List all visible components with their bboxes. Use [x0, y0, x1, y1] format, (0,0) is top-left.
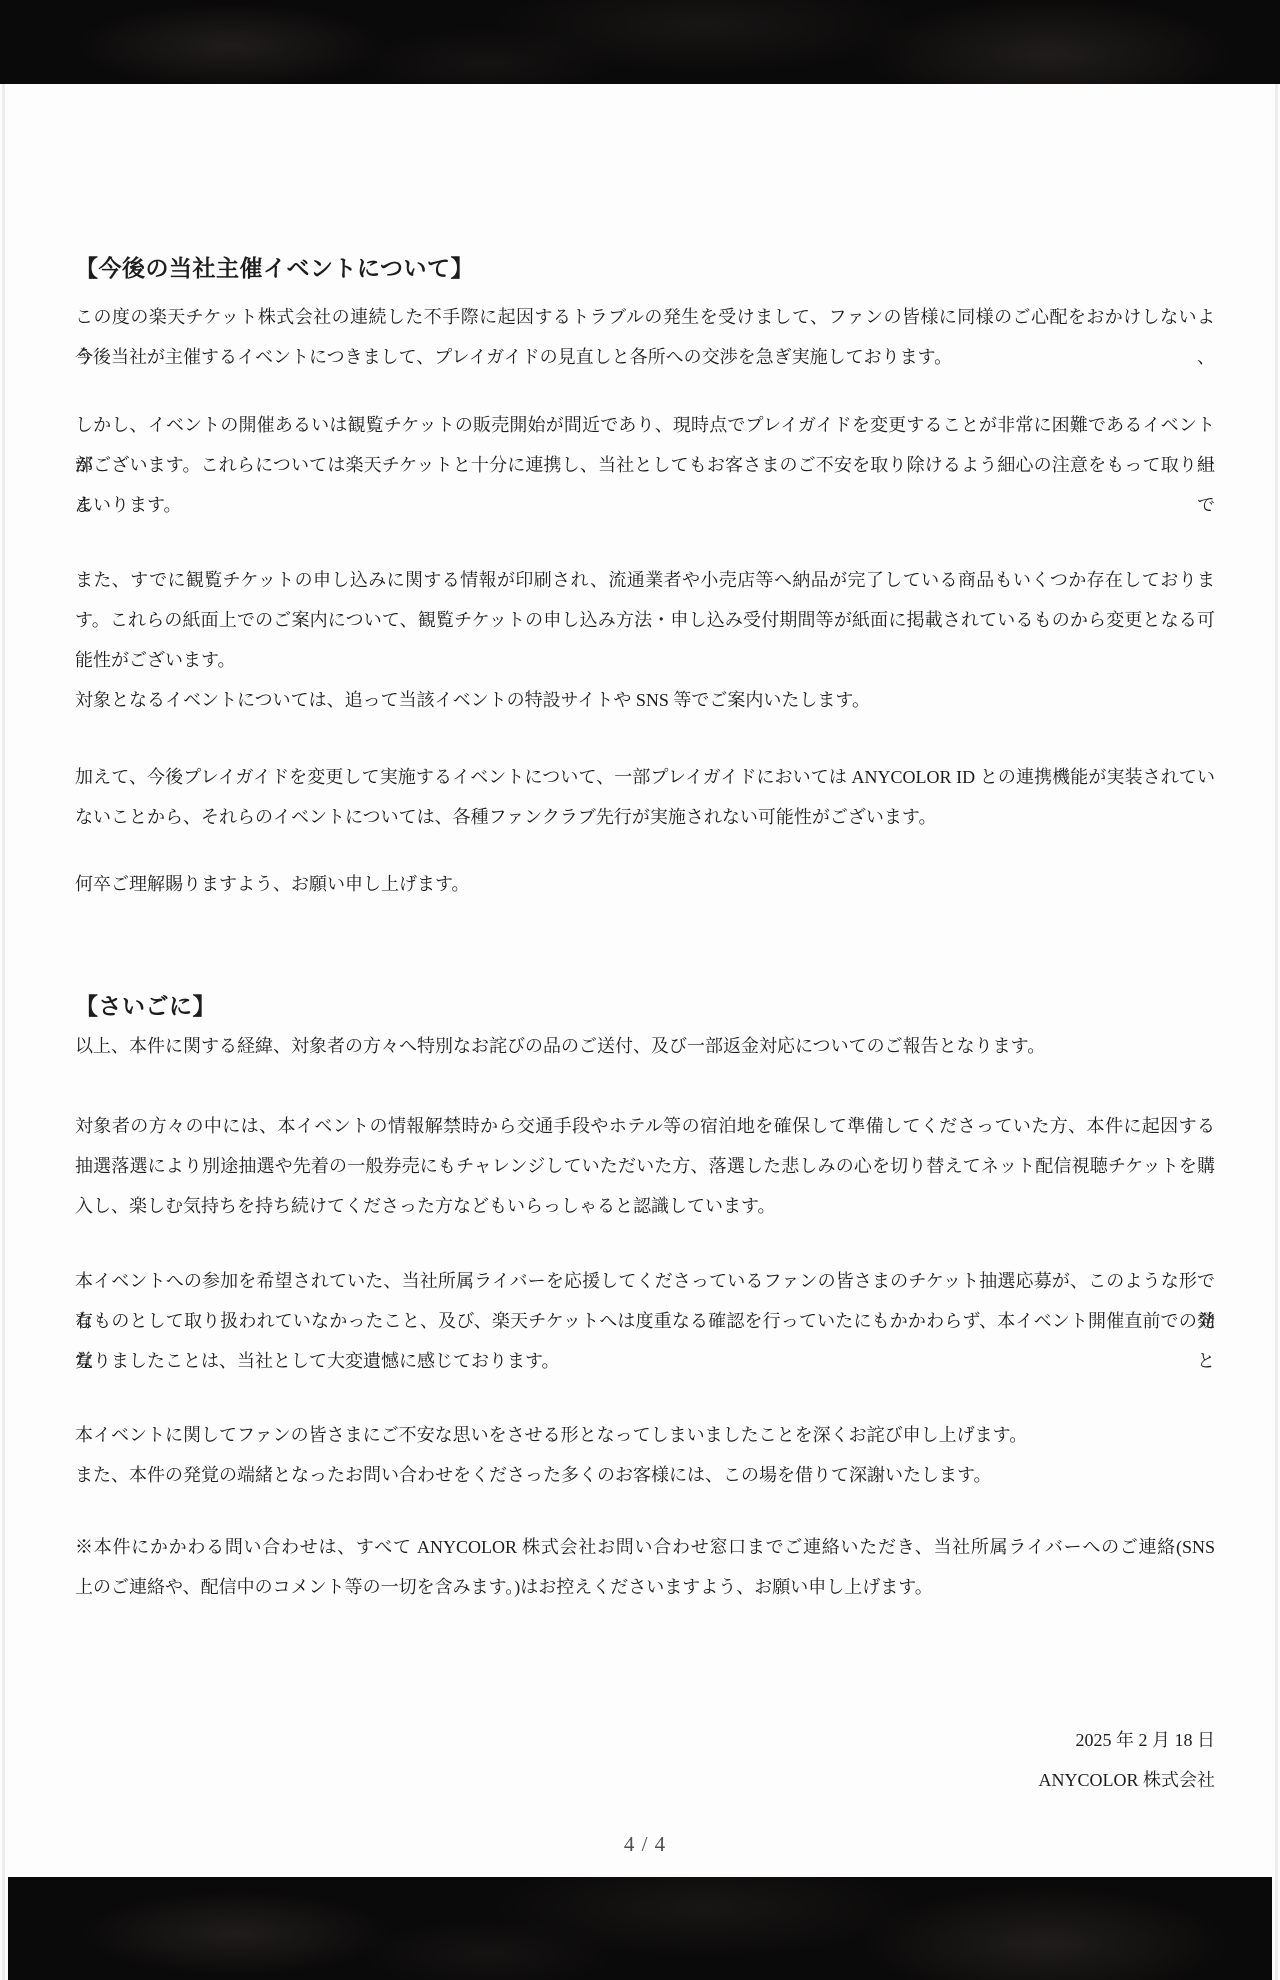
text-line: この度の楽天チケット株式会社の連続した不手際に起因するトラブルの発生を受けまして…: [75, 297, 1215, 337]
page-number: 4 / 4: [75, 1832, 1215, 1857]
paragraph: 本イベントへの参加を希望されていた、当社所属ライバーを応援してくださっているファ…: [75, 1261, 1215, 1381]
text-line: 抽選落選により別途抽選や先着の一般券売にもチャレンジしていただいた方、落選した悲…: [75, 1146, 1215, 1186]
section-heading-closing: 【さいごに】: [75, 988, 1215, 1021]
page-edge-shadow-left: [2, 84, 5, 1980]
text-line: 加えて、今後プレイガイドを変更して実施するイベントについて、一部プレイガイドにお…: [75, 757, 1215, 797]
text-line: 対象者の方々の中には、本イベントの情報解禁時から交通手段やホテル等の宿泊地を確保…: [75, 1106, 1215, 1146]
text-line: 以上、本件に関する経緯、対象者の方々へ特別なお詫びの品のご送付、及び一部返金対応…: [75, 1026, 1215, 1066]
paragraph: ※本件にかかわる問い合わせは、すべて ANYCOLOR 株式会社お問い合わせ窓口…: [75, 1527, 1215, 1607]
paragraph: 何卒ご理解賜りますよう、お願い申し上げます。: [75, 864, 1215, 904]
pdf-page-view: { "document": { "sections": [ { "id": "f…: [0, 0, 1280, 1980]
text-line: ないことから、それらのイベントについては、各種ファンクラブ先行が実施されない可能…: [75, 797, 1215, 837]
viewer-backdrop-bottom: [8, 1877, 1272, 1980]
text-line: また、本件の発覚の端緒となったお問い合わせをくださった多くのお客様には、この場を…: [75, 1455, 1215, 1495]
section-heading-future-events: 【今後の当社主催イベントについて】: [75, 250, 1215, 283]
paragraph: 加えて、今後プレイガイドを変更して実施するイベントについて、一部プレイガイドにお…: [75, 757, 1215, 837]
text-line: 上のご連絡や、配信中のコメント等の一切を含みます。)はお控えくださいますよう、お…: [75, 1567, 1215, 1607]
signature-company: ANYCOLOR 株式会社: [75, 1766, 1215, 1792]
paragraph: しかし、イベントの開催あるいは観覧チケットの販売開始が間近であり、現時点でプレイ…: [75, 405, 1215, 525]
text-line: しかし、イベントの開催あるいは観覧チケットの販売開始が間近であり、現時点でプレイ…: [75, 405, 1215, 445]
text-line: 本イベントに関してファンの皆さまにご不安な思いをさせる形となってしまいましたこと…: [75, 1415, 1215, 1455]
text-line: また、すでに観覧チケットの申し込みに関する情報が印刷され、流通業者や小売店等へ納…: [75, 560, 1215, 600]
paragraph: 本イベントに関してファンの皆さまにご不安な思いをさせる形となってしまいましたこと…: [75, 1415, 1215, 1495]
signature-date: 2025 年 2 月 18 日: [75, 1726, 1215, 1752]
text-line: 部ございます。これらについては楽天チケットと十分に連携し、当社としてもお客さまの…: [75, 445, 1215, 485]
paragraph: 対象者の方々の中には、本イベントの情報解禁時から交通手段やホテル等の宿泊地を確保…: [75, 1106, 1215, 1226]
paragraph: この度の楽天チケット株式会社の連続した不手際に起因するトラブルの発生を受けまして…: [75, 297, 1215, 377]
text-line: す。これらの紙面上でのご案内について、観覧チケットの申し込み方法・申し込み受付期…: [75, 600, 1215, 640]
text-line: 何卒ご理解賜りますよう、お願い申し上げます。: [75, 864, 1215, 904]
text-line: 本イベントへの参加を希望されていた、当社所属ライバーを応援してくださっているファ…: [75, 1261, 1215, 1301]
text-line: 対象となるイベントについては、追って当該イベントの特設サイトや SNS 等でご案…: [75, 680, 1215, 720]
text-line: ※本件にかかわる問い合わせは、すべて ANYCOLOR 株式会社お問い合わせ窓口…: [75, 1527, 1215, 1567]
paragraph: また、すでに観覧チケットの申し込みに関する情報が印刷され、流通業者や小売店等へ納…: [75, 560, 1215, 720]
page-edge-shadow-right: [1275, 84, 1278, 1980]
text-line: なものとして取り扱われていなかったこと、及び、楽天チケットへは度重なる確認を行っ…: [75, 1301, 1215, 1341]
text-line: 能性がございます。: [75, 640, 1215, 680]
viewer-backdrop-top: [0, 0, 1280, 84]
paragraph: 以上、本件に関する経緯、対象者の方々へ特別なお詫びの品のご送付、及び一部返金対応…: [75, 1026, 1215, 1066]
text-line: 入し、楽しむ気持ちを持ち続けてくださった方などもいらっしゃると認識しています。: [75, 1186, 1215, 1226]
